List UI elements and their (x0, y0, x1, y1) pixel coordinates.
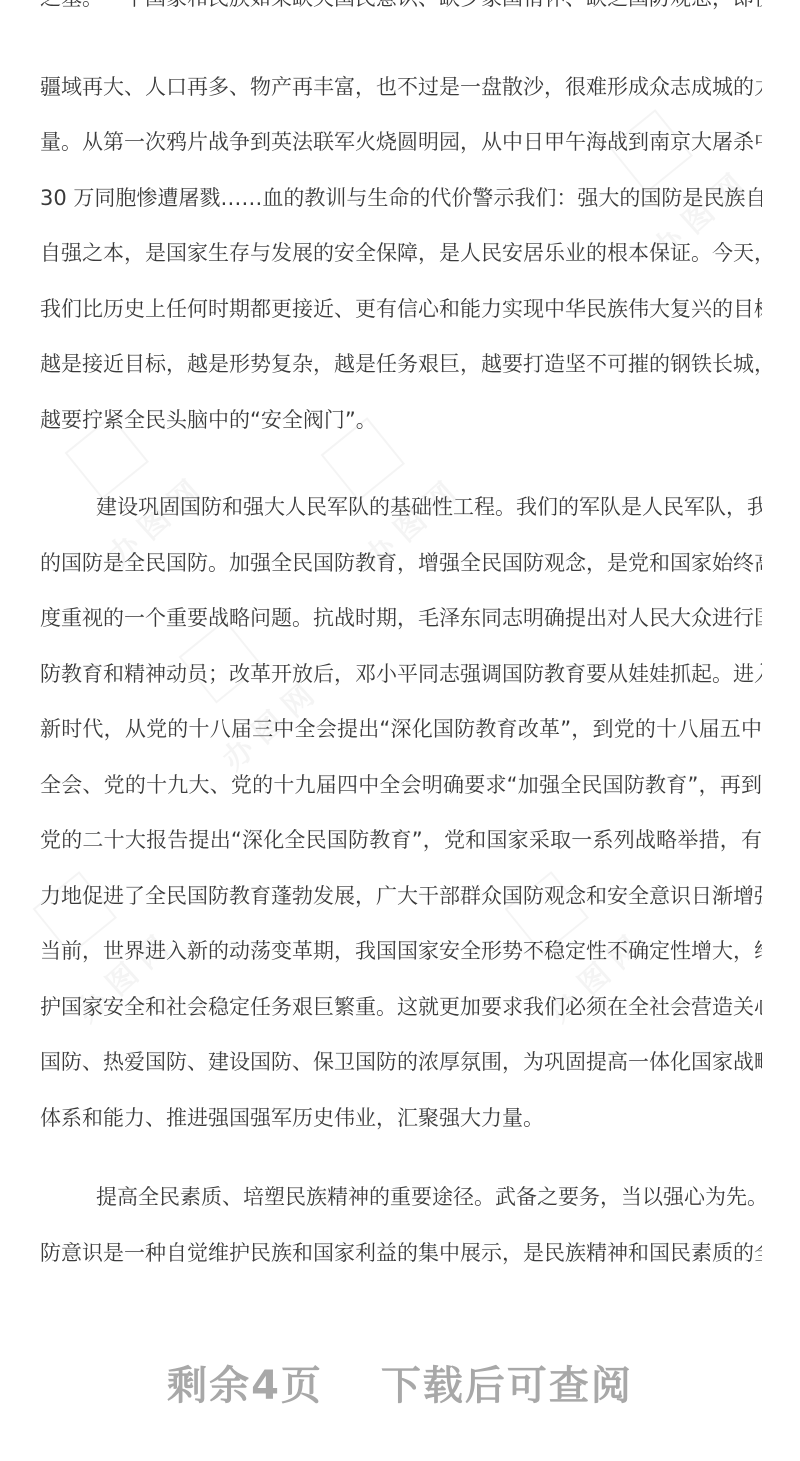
document-line: 越要拧紧全民头脑中的“安全阀门”。 (40, 393, 762, 449)
document-line-partial: 之基。一个国家和民族如果缺失国民意识、缺少家国情怀、缺乏国防观念，即使 (40, 0, 762, 27)
document-line: 防意识是一种自觉维护民族和国家利益的集中展示，是民族精神和国民素质的全 (40, 1226, 762, 1282)
document-line: 的国防是全民国防。加强全民国防教育，增强全民国防观念，是党和国家始终高 (40, 536, 762, 592)
document-line: 党的二十大报告提出“深化全民国防教育”，党和国家采取一系列战略举措，有 (40, 813, 762, 869)
document-line: 提高全民素质、培塑民族精神的重要途径。武备之要务，当以强心为先。国 (40, 1170, 762, 1226)
paragraph: 建设巩固国防和强大人民军队的基础性工程。我们的军队是人民军队，我们的国防是全民国… (40, 480, 762, 1146)
document-line: 自强之本，是国家生存与发展的安全保障，是人民安居乐业的根本保证。今天， (40, 226, 762, 282)
document-page: 办图网 办图网 办图网 办图网 办图网 办图网 之基。一个国家和民族如果缺失国民… (0, 0, 800, 1461)
document-line: 30 万同胞惨遭屠戮……血的教训与生命的代价警示我们：强大的国防是民族自立 (40, 171, 762, 227)
paragraph: 提高全民素质、培塑民族精神的重要途径。武备之要务，当以强心为先。国防意识是一种自… (40, 1170, 762, 1281)
paragraph: 疆域再大、人口再多、物产再丰富，也不过是一盘散沙，很难形成众志成城的力量。从第一… (40, 60, 762, 449)
document-line: 我们比历史上任何时期都更接近、更有信心和能力实现中华民族伟大复兴的目标。 (40, 282, 762, 338)
document-line: 全会、党的十九大、党的十九届四中全会明确要求“加强全民国防教育”，再到 (40, 758, 762, 814)
document-line: 疆域再大、人口再多、物产再丰富，也不过是一盘散沙，很难形成众志成城的力 (40, 60, 762, 116)
document-line: 当前，世界进入新的动荡变革期，我国国家安全形势不稳定性不确定性增大，维 (40, 924, 762, 980)
download-hint-label: 下载后可查阅 (381, 1354, 633, 1411)
remaining-pages-label: 剩余4页 (167, 1354, 323, 1411)
document-line: 新时代，从党的十八届三中全会提出“深化国防教育改革”，到党的十八届五中 (40, 702, 762, 758)
document-line: 度重视的一个重要战略问题。抗战时期，毛泽东同志明确提出对人民大众进行国 (40, 591, 762, 647)
document-line: 力地促进了全民国防教育蓬勃发展，广大干部群众国防观念和安全意识日渐增强。 (40, 869, 762, 925)
preview-footer: 剩余4页 下载后可查阅 (0, 1361, 800, 1403)
document-body: 之基。一个国家和民族如果缺失国民意识、缺少家国情怀、缺乏国防观念，即使 疆域再大… (0, 0, 800, 1281)
document-line: 建设巩固国防和强大人民军队的基础性工程。我们的军队是人民军队，我们 (40, 480, 762, 536)
document-line: 防教育和精神动员；改革开放后，邓小平同志强调国防教育要从娃娃抓起。进入 (40, 647, 762, 703)
document-line: 国防、热爱国防、建设国防、保卫国防的浓厚氛围，为巩固提高一体化国家战略 (40, 1035, 762, 1091)
document-line: 越是接近目标，越是形势复杂，越是任务艰巨，越要打造坚不可摧的钢铁长城， (40, 337, 762, 393)
document-line: 量。从第一次鸦片战争到英法联军火烧圆明园，从中日甲午海战到南京大屠杀中 (40, 115, 762, 171)
document-line: 体系和能力、推进强国强军历史伟业，汇聚强大力量。 (40, 1091, 762, 1147)
document-line: 护国家安全和社会稳定任务艰巨繁重。这就更加要求我们必须在全社会营造关心 (40, 980, 762, 1036)
